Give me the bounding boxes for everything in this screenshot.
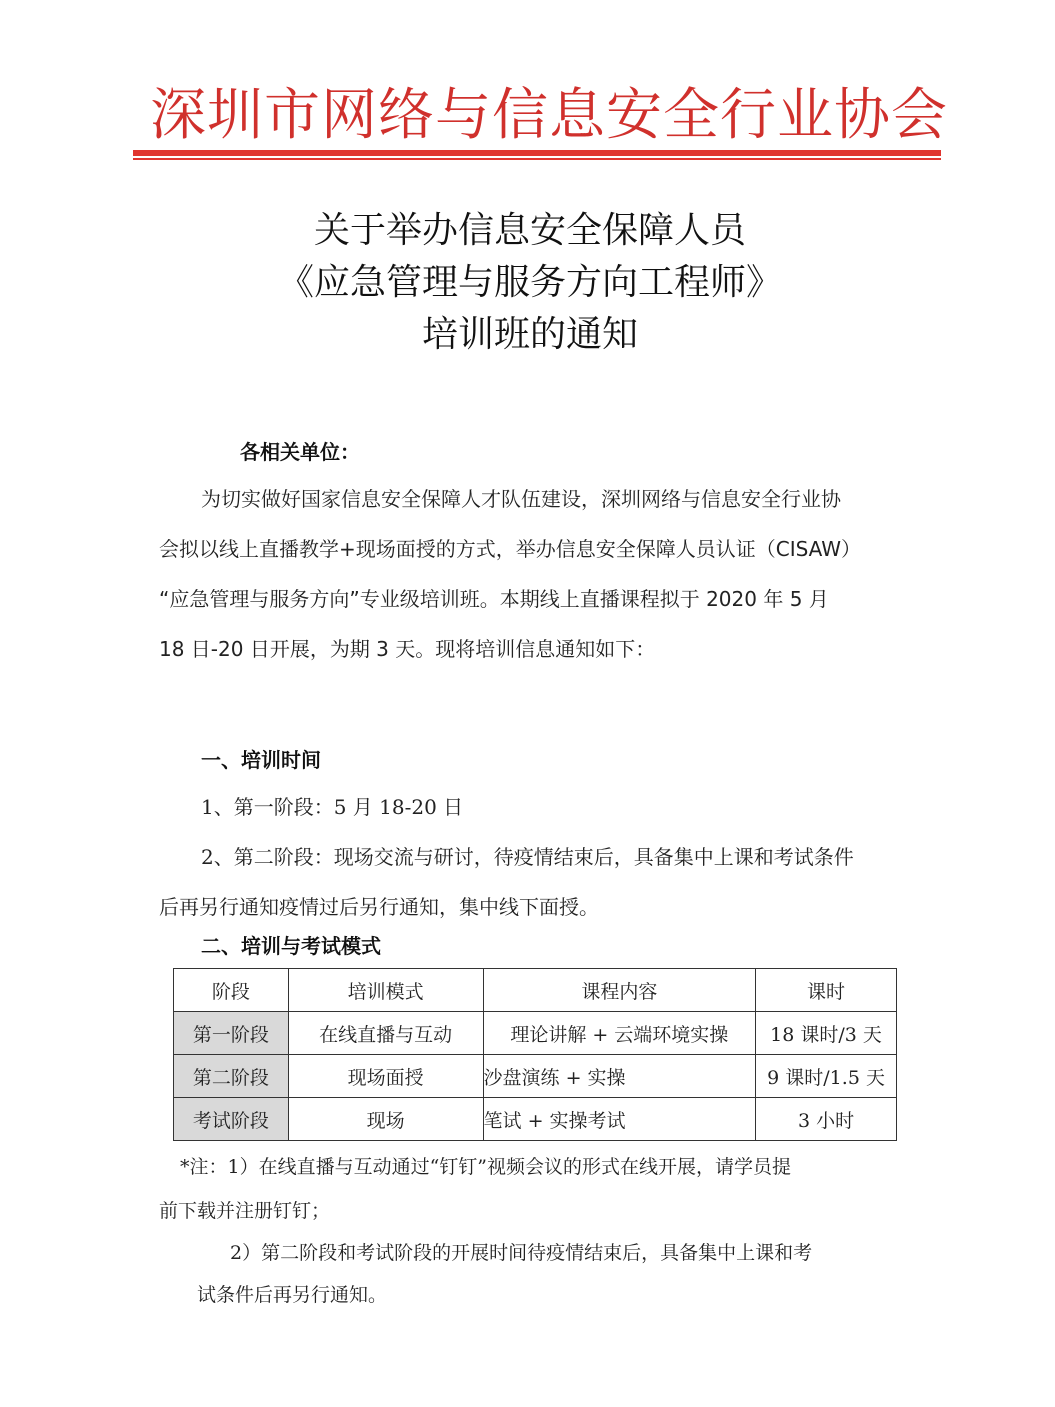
organization-letterhead: 深圳市网络与信息安全行业协会 xyxy=(150,78,920,154)
note-2-line-2: 试条件后再另行通知。 xyxy=(197,1280,387,1307)
training-schedule-table: 阶段 培训模式 课程内容 课时 第一阶段 在线直播与互动 理论讲解 + 云端环境… xyxy=(173,968,897,1141)
title-line-2: 《应急管理与服务方向工程师》 xyxy=(180,257,880,309)
table-header-cell: 培训模式 xyxy=(288,969,483,1012)
table-cell-stage: 考试阶段 xyxy=(174,1098,289,1141)
table-cell-mode: 现场面授 xyxy=(288,1055,483,1098)
table-row: 第一阶段 在线直播与互动 理论讲解 + 云端环境实操 18 课时/3 天 xyxy=(174,1012,897,1055)
section-1-heading: 一、培训时间 xyxy=(201,744,321,773)
table-header-cell: 阶段 xyxy=(174,969,289,1012)
intro-line-4: 18 日-20 日开展，为期 3 天。现将培训信息通知如下： xyxy=(159,624,914,674)
letterhead-divider-thick xyxy=(133,150,941,156)
section-2-heading: 二、培训与考试模式 xyxy=(201,930,381,959)
table-cell-content: 理论讲解 + 云端环境实操 xyxy=(483,1012,756,1055)
letterhead-divider-thin xyxy=(133,158,941,160)
title-line-3: 培训班的通知 xyxy=(180,309,880,361)
document-title: 关于举办信息安全保障人员 《应急管理与服务方向工程师》 培训班的通知 xyxy=(180,205,880,361)
table-header-cell: 课时 xyxy=(756,969,897,1012)
table-cell-stage: 第一阶段 xyxy=(174,1012,289,1055)
section-1-item-2-continued: 后再另行通知疫情过后另行通知，集中线下面授。 xyxy=(159,882,914,932)
table-cell-stage: 第二阶段 xyxy=(174,1055,289,1098)
note-2-line-1: 2）第二阶段和考试阶段的开展时间待疫情结束后，具备集中上课和考 xyxy=(230,1238,812,1265)
table-cell-hours: 3 小时 xyxy=(756,1098,897,1141)
table-cell-mode: 现场 xyxy=(288,1098,483,1141)
note-1-line-1: *注：1）在线直播与互动通过“钉钉”视频会议的形式在线开展，请学员提 xyxy=(180,1152,791,1179)
table-cell-hours: 18 课时/3 天 xyxy=(756,1012,897,1055)
table-header-row: 阶段 培训模式 课程内容 课时 xyxy=(174,969,897,1012)
salutation: 各相关单位： xyxy=(240,436,360,465)
intro-line-3: “应急管理与服务方向”专业级培训班。本期线上直播课程拟于 2020 年 5 月 xyxy=(159,574,914,624)
section-1-item-1: 1、第一阶段：5 月 18-20 日 xyxy=(159,782,914,832)
section-1-item-2: 2、第二阶段：现场交流与研讨，待疫情结束后，具备集中上课和考试条件 xyxy=(159,832,914,882)
table-row: 第二阶段 现场面授 沙盘演练 + 实操 9 课时/1.5 天 xyxy=(174,1055,897,1098)
table-row: 考试阶段 现场 笔试 + 实操考试 3 小时 xyxy=(174,1098,897,1141)
table-cell-content: 沙盘演练 + 实操 xyxy=(483,1055,756,1098)
intro-line-1: 为切实做好国家信息安全保障人才队伍建设，深圳网络与信息安全行业协 xyxy=(159,474,914,524)
intro-line-2: 会拟以线上直播教学+现场面授的方式，举办信息安全保障人员认证（CISAW） xyxy=(159,524,914,574)
table-cell-content: 笔试 + 实操考试 xyxy=(483,1098,756,1141)
note-1-line-2: 前下载并注册钉钉； xyxy=(159,1196,330,1223)
section-1-body: 1、第一阶段：5 月 18-20 日 2、第二阶段：现场交流与研讨，待疫情结束后… xyxy=(159,782,914,932)
table-cell-hours: 9 课时/1.5 天 xyxy=(756,1055,897,1098)
title-line-1: 关于举办信息安全保障人员 xyxy=(180,205,880,257)
table-cell-mode: 在线直播与互动 xyxy=(288,1012,483,1055)
table-header-cell: 课程内容 xyxy=(483,969,756,1012)
intro-paragraph: 为切实做好国家信息安全保障人才队伍建设，深圳网络与信息安全行业协 会拟以线上直播… xyxy=(159,474,914,674)
